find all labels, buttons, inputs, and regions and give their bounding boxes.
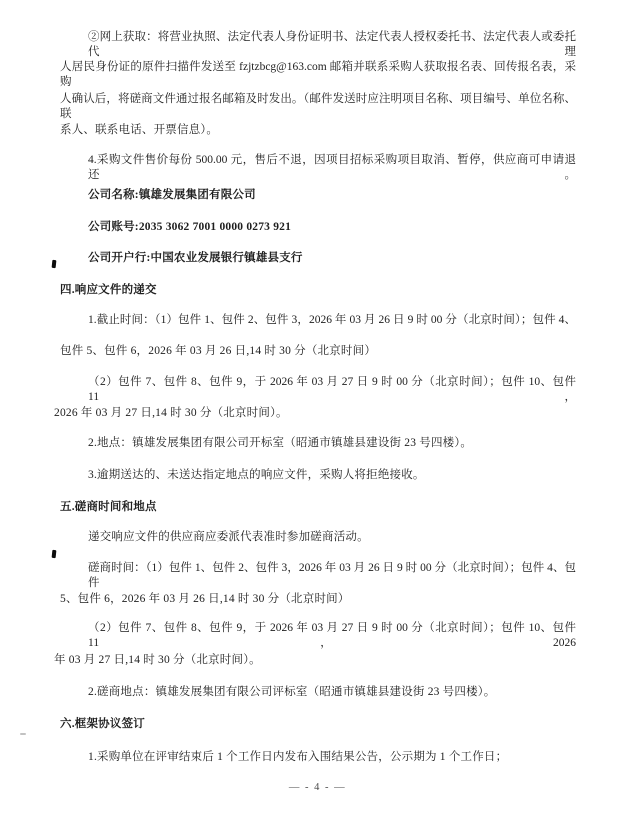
para-attend-negotiation: 递交响应文件的供应商应委派代表准时参加磋商活动。 [88, 530, 369, 545]
para-doc-price: 4.采购文件售价每份 500.00 元，售后不退，因项目招标采购项目取消、暂停，… [88, 153, 576, 183]
para-submission-location: 2.地点：镇雄发展集团有限公司开标室（昭通市镇雄县建设街 23 号四楼）。 [88, 436, 472, 451]
para-negotiation-time2-line1: （2）包件 7、包件 8、包件 9，于 2026 年 03 月 27 日 9 时… [88, 621, 576, 651]
para-negotiation-time-line1: 磋商时间：（1）包件 1、包件 2、包件 3，2026 年 03 月 26 日 … [88, 561, 576, 591]
para-online-obtain-line2: 人居民身份证的原件扫描件发送至 fzjtzbcg@163.com 邮箱并联系采购… [60, 60, 576, 90]
document-page: ②网上获取：将营业执照、法定代表人身份证明书、法定代表人授权委托书、法定代表人或… [0, 0, 635, 827]
para-deadline2-line1: （2）包件 7、包件 8、包件 9，于 2026 年 03 月 27 日 9 时… [88, 375, 576, 405]
para-deadline2-line2: 2026 年 03 月 27 日,14 时 30 分（北京时间）。 [54, 406, 288, 421]
scan-ink-mark [52, 550, 57, 558]
page-number: — - 4 - — [0, 782, 635, 793]
para-online-obtain-line3: 人确认后，将磋商文件通过报名邮箱及时发出。（邮件发送时应注明项目名称、项目编号、… [60, 92, 576, 122]
para-deadline-line2: 包件 5、包件 6，2026 年 03 月 26 日,14 时 30 分（北京时… [60, 344, 376, 359]
para-negotiation-time-line2: 5、包件 6，2026 年 03 月 26 日,14 时 30 分（北京时间） [60, 592, 350, 607]
scan-ink-mark [20, 733, 26, 735]
para-award-announcement: 1.采购单位在评审结束后 1 个工作日内发布入围结果公告，公示期为 1 个工作日… [88, 750, 507, 765]
para-negotiation-location: 2.磋商地点：镇雄发展集团有限公司评标室（昭通市镇雄县建设街 23 号四楼）。 [88, 685, 495, 700]
heading-section-6: 六.框架协议签订 [60, 717, 145, 732]
company-account-number: 公司账号:2035 3062 7001 0000 0273 921 [88, 220, 291, 235]
para-negotiation-time2-line2: 年 03 月 27 日,14 时 30 分（北京时间）。 [54, 653, 261, 668]
para-online-obtain-line1: ②网上获取：将营业执照、法定代表人身份证明书、法定代表人授权委托书、法定代表人或… [88, 30, 576, 60]
company-name: 公司名称:镇雄发展集团有限公司 [88, 188, 256, 203]
heading-section-4: 四.响应文件的递交 [60, 283, 157, 298]
para-late-delivery: 3.逾期送达的、未送达指定地点的响应文件，采购人将拒绝接收。 [88, 468, 425, 483]
heading-section-5: 五.磋商时间和地点 [60, 500, 157, 515]
company-bank: 公司开户行:中国农业发展银行镇雄县支行 [88, 251, 303, 266]
para-online-obtain-line4: 系人、联系电话、开票信息）。 [60, 123, 218, 138]
scan-ink-mark [52, 260, 57, 268]
para-deadline-line1: 1.截止时间：（1）包件 1、包件 2、包件 3，2026 年 03 月 26 … [88, 313, 576, 328]
